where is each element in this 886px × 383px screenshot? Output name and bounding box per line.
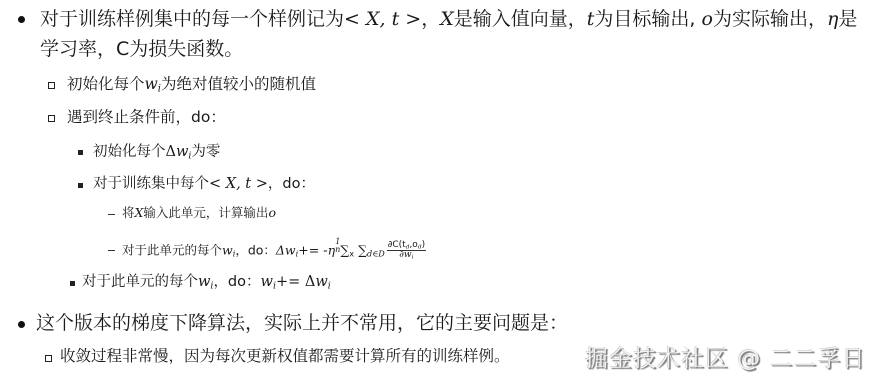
text: 是输入值向量， [454,8,587,30]
math-delta: Δ [166,144,176,160]
math-sub: i [412,255,414,261]
text: 初始化每个 [67,75,145,93]
math-sum: ∑ [358,242,367,257]
math-var: o [268,205,276,220]
text: ,o [409,240,417,250]
math-var: w [198,274,210,290]
bullet-filled-square-icon [78,183,83,188]
math-pair: < X, t > [344,8,421,30]
text: 对于此单元的每个 [82,274,198,290]
text: ， [421,8,440,30]
text: 为目标输出, [594,8,701,30]
math-op: += - [298,242,327,257]
list-item-for-each-sample: 对于训练集中每个< X, t >，do： [93,177,315,192]
math-var: X [440,8,454,30]
math-var: η [827,8,838,30]
list-item-definition: 对于训练样例集中的每一个样例记为< X, t >，X是输入值向量，t为目标输出,… [40,10,857,29]
watermark: 掘金技术社区 @ 二二孚日 [585,340,866,373]
list-item-loop: 遇到终止条件前，do： [67,110,226,126]
text: ，do： [213,274,260,290]
frac-den: ∂wi [387,251,426,261]
list-item-init-weights: 初始化每个wi为绝对值较小的随机值 [67,77,316,93]
text: 为零 [191,144,220,160]
text: 对于训练样例集中的每一个样例记为 [40,8,344,30]
text: ∂C(t [388,240,406,250]
text: 为实际输出， [713,8,827,30]
math-pair: < X, t > [209,176,268,192]
list-item-compute-output: 将X输入此单元，计算输出o [122,207,276,220]
bullet-hollow-square-icon [48,82,55,89]
math-sub: d∈D [367,248,385,258]
math-var: w [176,144,188,160]
bullet-dash-icon [108,214,115,215]
bullet-disc-icon [18,321,25,328]
list-item-problem: 这个版本的梯度下降算法，实际上并不常用，它的主要问题是： [36,314,568,333]
bullet-hollow-square-icon [45,355,52,362]
text: ，do： [268,176,315,192]
list-item-init-delta: 初始化每个Δwi为零 [93,145,220,160]
list-item-slow-convergence: 收敛过程非常慢，因为每次更新权值都需要计算所有的训练样例。 [60,349,510,365]
text: 初始化每个 [93,144,166,160]
text: 为绝对值较小的随机值 [161,75,316,93]
math-partial-fraction: ∂C(td,od)∂wi [387,241,426,262]
math-sum: ∑ [340,242,349,257]
math-var: w [145,75,158,93]
bullet-dash-icon [108,250,115,251]
math-var: w [261,274,273,290]
bullet-filled-square-icon [70,281,75,286]
bullet-hollow-square-icon [48,115,55,122]
text: 输入此单元，计算输出 [143,205,268,220]
text: 对于此单元的每个 [122,242,222,257]
math-eta: η [328,242,336,257]
math-var: w [315,274,327,290]
text: 对于训练集中每个 [93,176,209,192]
bullet-disc-icon [18,16,25,23]
list-item-gradient-update: 对于此单元的每个wi，do：Δwi+= -η1n∑x ∑d∈D∂C(td,od)… [122,238,426,261]
list-item-apply-update: 对于此单元的每个wi，do：wi+= Δwi [82,275,331,290]
math-var: o [701,8,712,30]
text: ，do： [235,242,276,257]
math-delta-w: Δw [276,242,296,257]
math-var: w [222,242,233,257]
text: ) [422,240,426,250]
text: 将 [122,205,135,220]
text: 是 [838,8,857,30]
math-sub: x [349,248,354,258]
math-op: += Δ [276,274,315,290]
bullet-filled-square-icon [78,150,83,155]
math-sub: i [328,280,331,291]
text: ∂w [399,250,411,260]
list-item-definition-cont: 学习率，C为损失函数。 [40,40,243,59]
